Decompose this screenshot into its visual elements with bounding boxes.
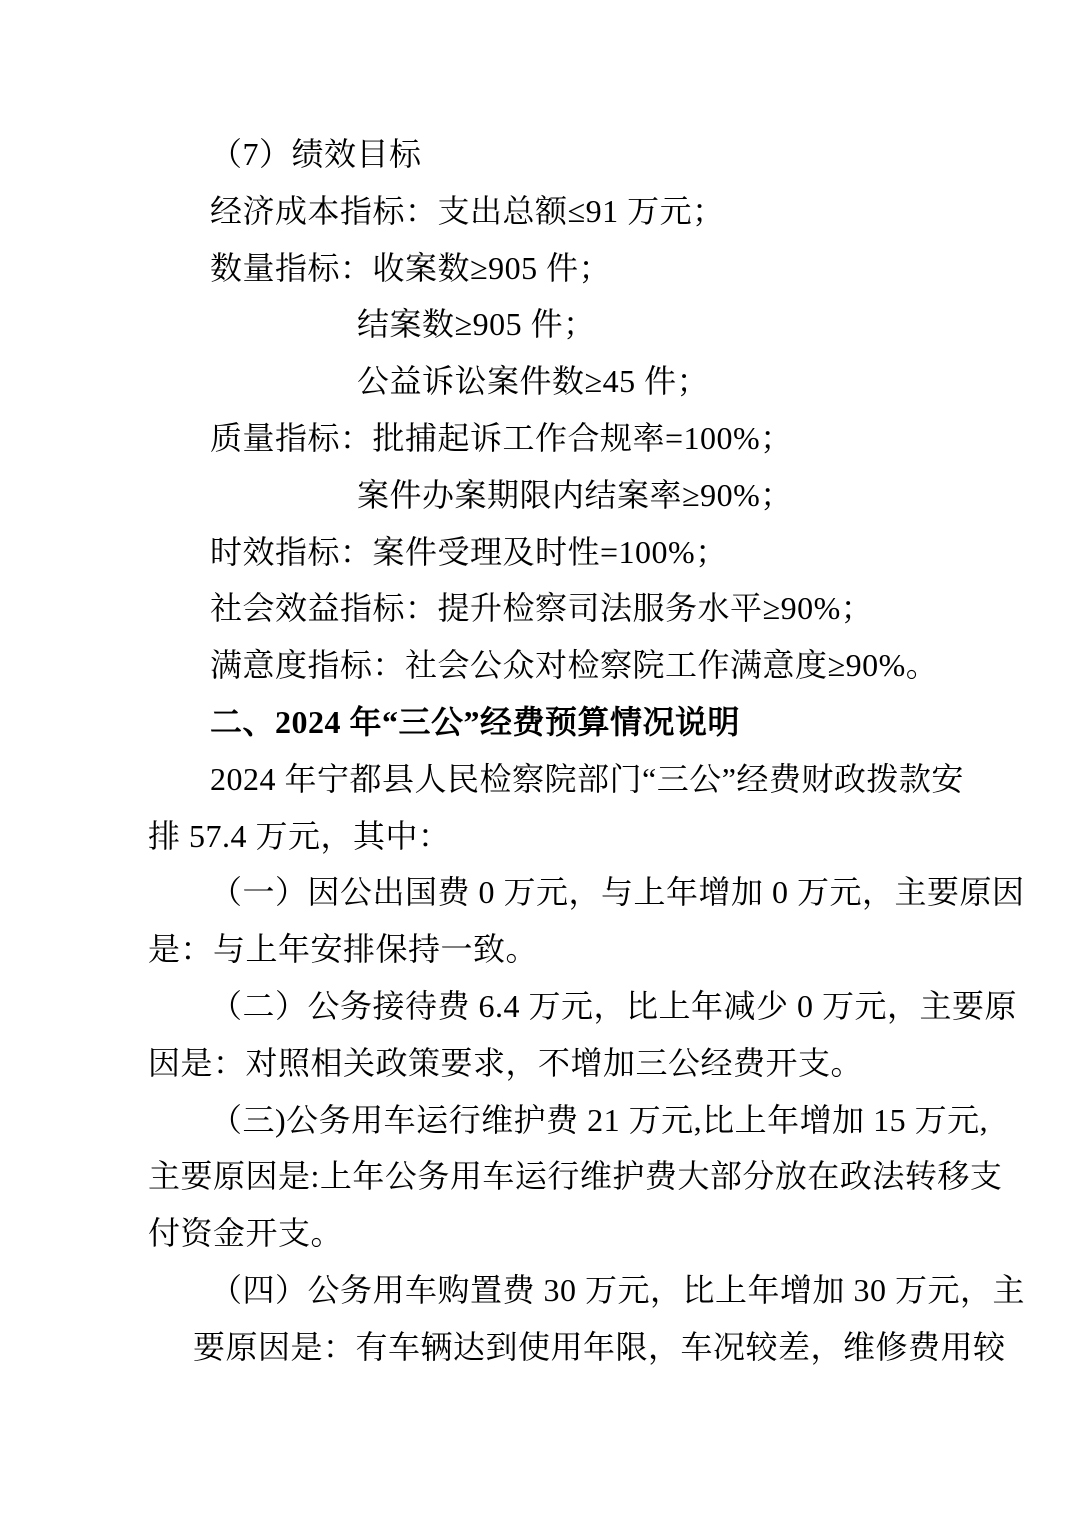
text-line: 2024 年宁都县人民检察院部门“三公”经费财政拨款安 — [148, 751, 928, 808]
text-line: （7）绩效目标 — [148, 126, 928, 183]
text-line: 是：与上年安排保持一致。 — [148, 921, 928, 978]
text-line: 案件办案期限内结案率≥90%； — [148, 467, 928, 524]
text-line: 满意度指标：社会公众对检察院工作满意度≥90%。 — [148, 637, 928, 694]
text-line: （三)公务用车运行维护费 21 万元,比上年增加 15 万元, — [148, 1092, 928, 1149]
document-body: （7）绩效目标经济成本指标：支出总额≤91 万元；数量指标：收案数≥905 件；… — [148, 126, 928, 1376]
text-line: 要原因是：有车辆达到使用年限，车况较差，维修费用较 — [148, 1319, 928, 1376]
text-line: 公益诉讼案件数≥45 件； — [148, 353, 928, 410]
text-line: 社会效益指标：提升检察司法服务水平≥90%； — [148, 580, 928, 637]
text-line: 主要原因是:上年公务用车运行维护费大部分放在政法转移支 — [148, 1148, 928, 1205]
text-line: （四）公务用车购置费 30 万元，比上年增加 30 万元，主 — [148, 1262, 928, 1319]
text-line: 付资金开支。 — [148, 1205, 928, 1262]
document-page: （7）绩效目标经济成本指标：支出总额≤91 万元；数量指标：收案数≥905 件；… — [0, 0, 1074, 1520]
text-line: 因是：对照相关政策要求，不增加三公经费开支。 — [148, 1035, 928, 1092]
text-line: 质量指标：批捕起诉工作合规率=100%； — [148, 410, 928, 467]
section-heading: 二、2024 年“三公”经费预算情况说明 — [148, 694, 928, 751]
text-line: （一）因公出国费 0 万元，与上年增加 0 万元，主要原因 — [148, 864, 928, 921]
text-line: （二）公务接待费 6.4 万元，比上年减少 0 万元，主要原 — [148, 978, 928, 1035]
text-line: 结案数≥905 件； — [148, 296, 928, 353]
text-line: 数量指标：收案数≥905 件； — [148, 240, 928, 297]
text-line: 时效指标：案件受理及时性=100%； — [148, 524, 928, 581]
text-line: 排 57.4 万元，其中： — [148, 808, 928, 865]
text-line: 经济成本指标：支出总额≤91 万元； — [148, 183, 928, 240]
